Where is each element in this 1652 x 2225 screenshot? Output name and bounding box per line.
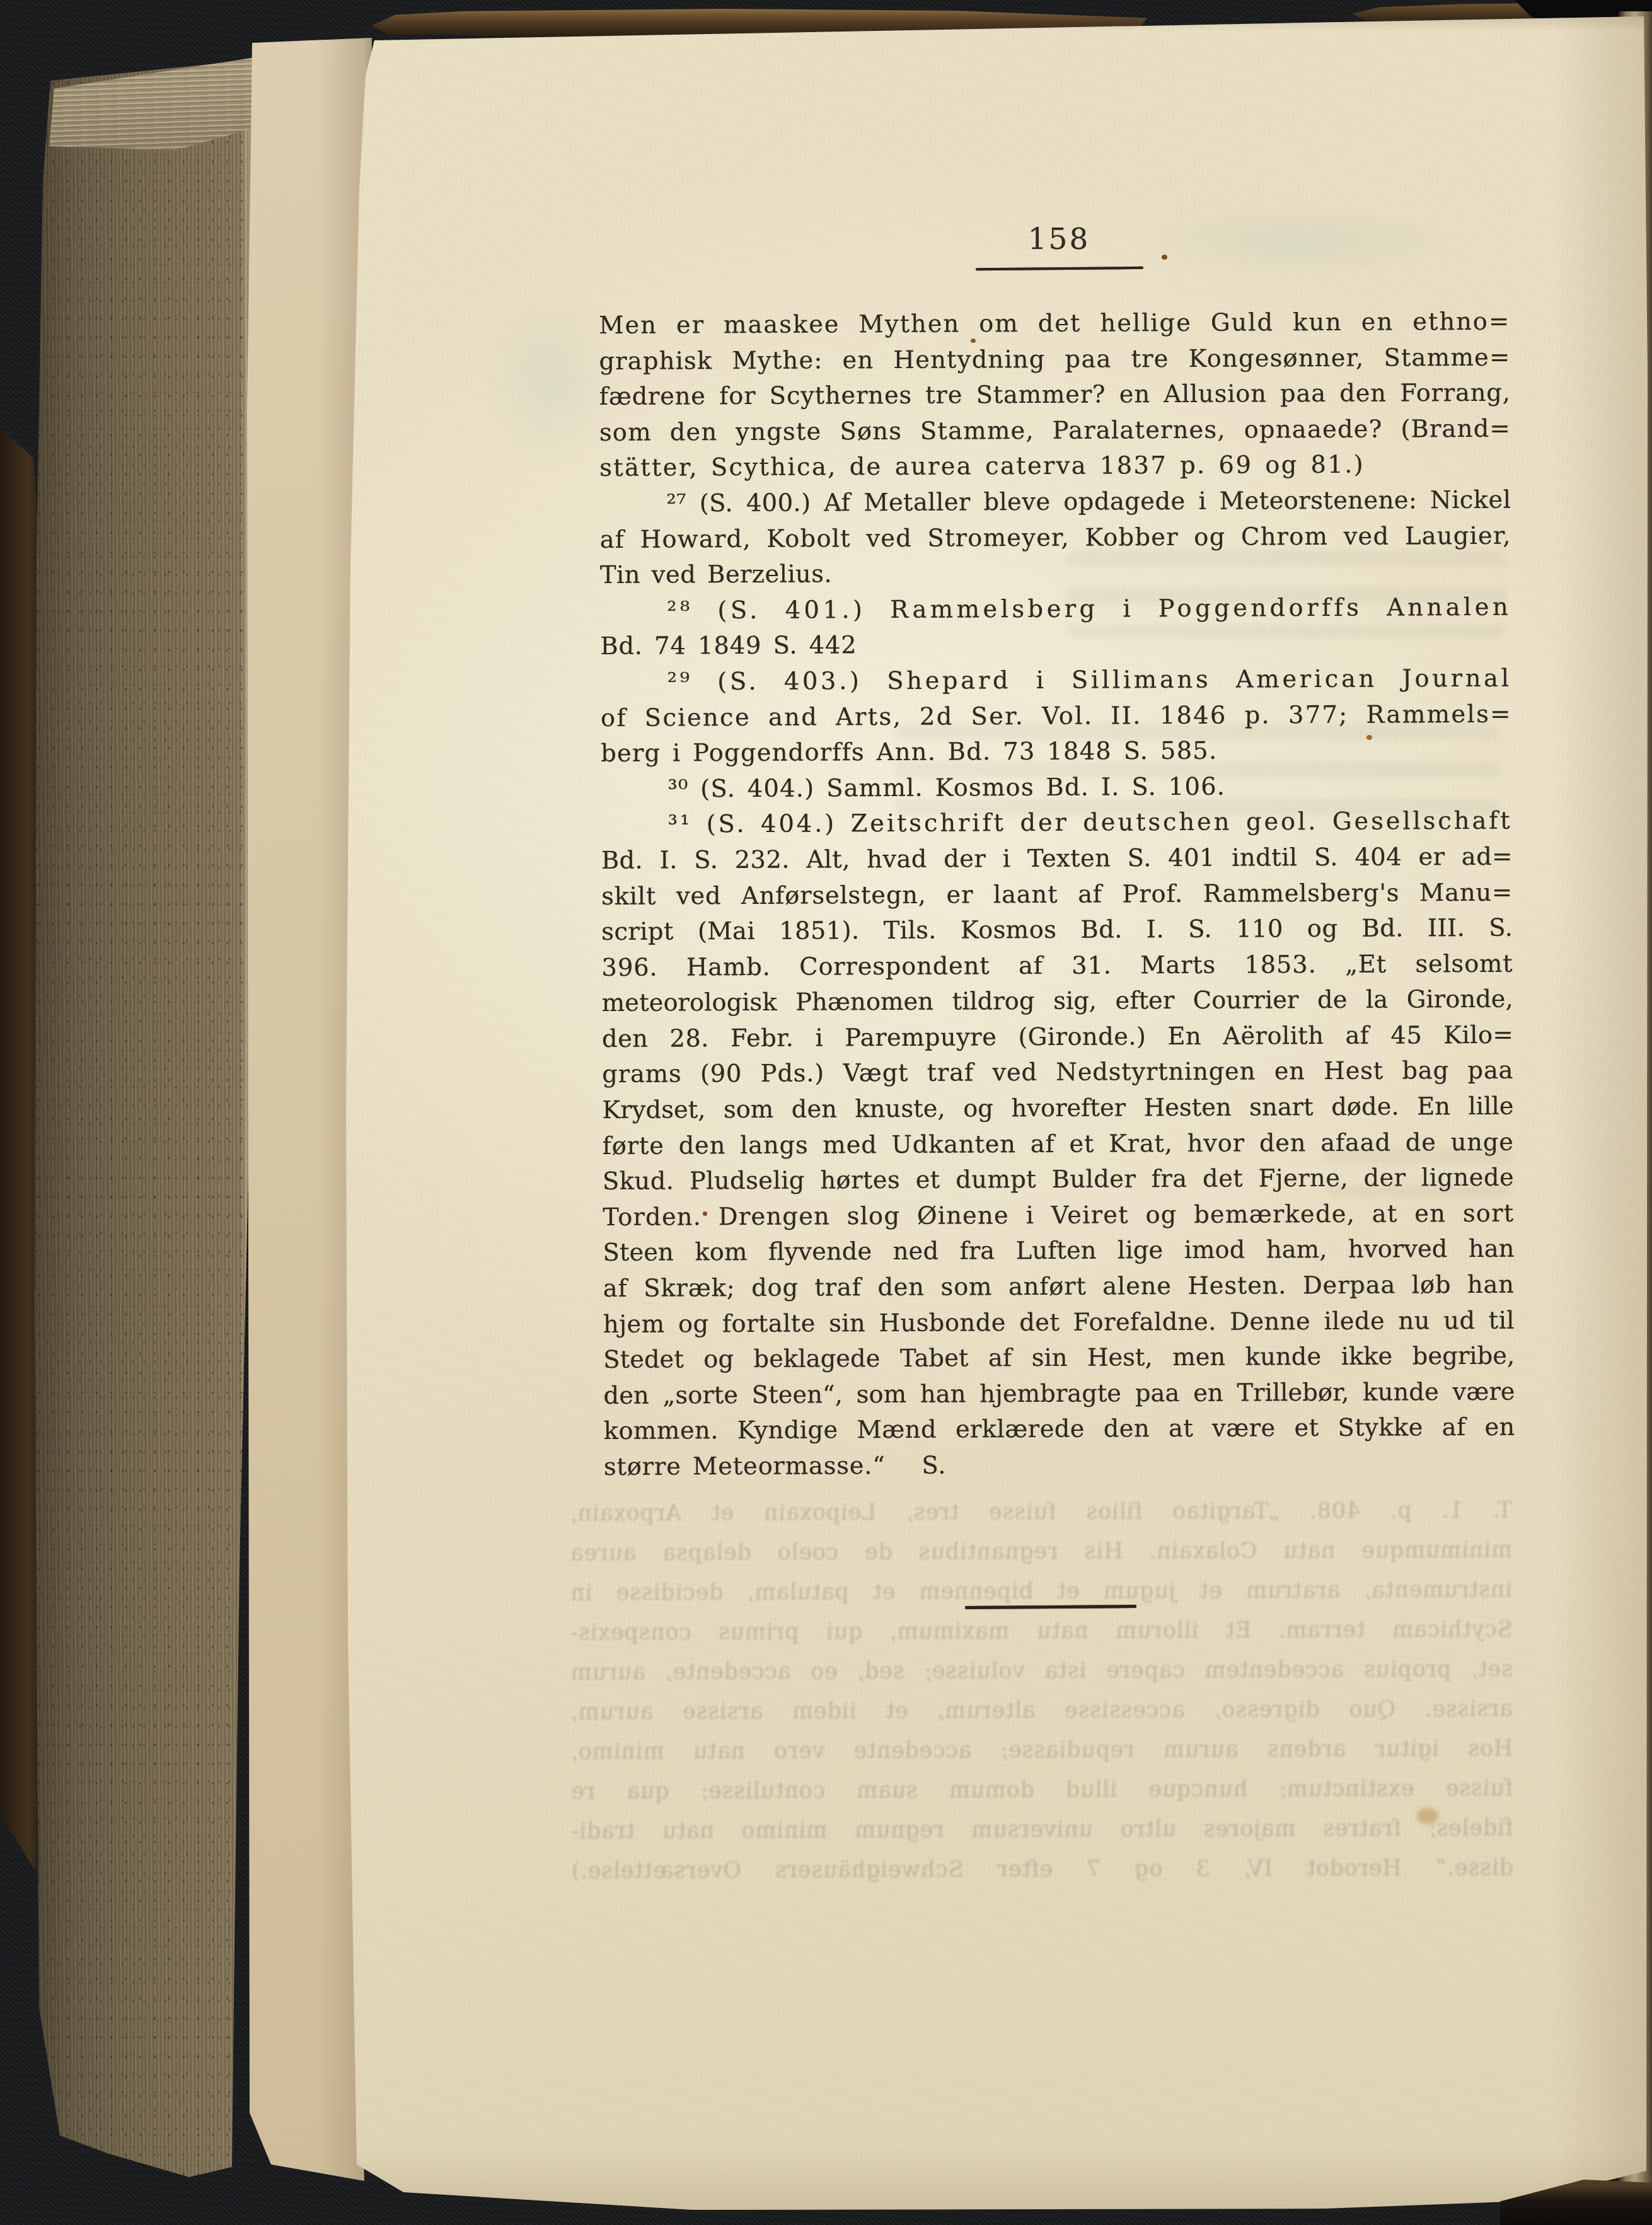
text-line: grams (90 Pds.) Vægt traf ved Nedstyrtni… <box>602 1053 1513 1093</box>
text-line: skilt ved Anførselstegn, er laant af Pro… <box>601 875 1513 915</box>
paper-stain <box>1135 208 1462 274</box>
show-through-line: minimumque natu Colaxain. His regnantibu… <box>570 1530 1512 1573</box>
text-line: Torden. Drengen slog Øinene i Veiret og … <box>603 1196 1514 1236</box>
paper-speck <box>1366 735 1372 740</box>
body-text: Men er maaskee Mythen om det hellige Gul… <box>599 304 1515 1486</box>
show-through-line: T. 1. p. 408. „Targitao filios fuisse tr… <box>570 1491 1512 1534</box>
text-line: større Meteormasse.“ S. <box>604 1446 1515 1486</box>
text-line: som den yngste Søns Stamme, Paralaternes… <box>599 411 1511 451</box>
text-line: berg i Poggendorffs Ann. Bd. 73 1848 S. … <box>601 732 1512 772</box>
text-line: stätter, Scythica, de aurea caterva 1837… <box>599 447 1511 487</box>
text-line: graphisk Mythe: en Hentydning paa tre Ko… <box>599 340 1510 379</box>
text-line: Krydset, som den knuste, og hvorefter He… <box>602 1089 1513 1129</box>
text-line: Skud. Pludselig hørtes et dumpt Bulder f… <box>603 1160 1514 1200</box>
text-line: af Skræk; dog traf den som anført alene … <box>603 1268 1515 1307</box>
text-line: Bd. 74 1849 S. 442 <box>600 625 1511 665</box>
text-line: of Science and Arts, 2d Ser. Vol. II. 18… <box>601 696 1512 736</box>
show-through-line: Hos igitur ardens aurum repudiasse; acce… <box>570 1729 1513 1772</box>
show-through-line: disse.“ Herodot IV, 3 og 7 efter Schweig… <box>571 1848 1513 1891</box>
text-line: førte den langs med Udkanten af et Krat,… <box>603 1124 1514 1164</box>
text-line: Tin ved Berzelius. <box>600 554 1511 594</box>
text-line: Men er maaskee Mythen om det hellige Gul… <box>599 304 1510 344</box>
text-line: ²⁷ (S. 400.) Af Metaller bleve opdagede … <box>599 483 1511 523</box>
text-line: ³⁰ (S. 404.) Samml. Kosmos Bd. I. S. 106… <box>601 768 1512 807</box>
paper-speck <box>1162 255 1167 260</box>
text-line: hjem og fortalte sin Husbonde det Forefa… <box>603 1303 1515 1343</box>
text-line: af Howard, Kobolt ved Stromeyer, Kobber … <box>599 518 1511 558</box>
text-line: ²⁹ (S. 403.) Shepard i Sillimans America… <box>600 661 1511 701</box>
page-number: 158 <box>1008 222 1109 257</box>
text-line: script (Mai 1851). Tils. Kosmos Bd. I. S… <box>601 911 1513 951</box>
show-through-text: T. 1. p. 408. „Targitao filios fuisse tr… <box>570 1491 1513 1891</box>
show-through-line: fideles; fratres majores ultro universum… <box>571 1808 1513 1851</box>
text-line: Steen kom flyvende ned fra Luften lige i… <box>603 1232 1514 1271</box>
book-photo: T. 1. p. 408. „Targitao filios fuisse tr… <box>0 0 1652 2225</box>
text-line: Stedet og beklagede Tabet af sin Hest, m… <box>603 1339 1515 1378</box>
text-line: ³¹ (S. 404.) Zeitschrift der deutschen g… <box>601 804 1512 843</box>
text-line: meteorologisk Phænomen tildrog sig, efte… <box>602 982 1513 1022</box>
text-line: kommen. Kyndige Mænd erklærede den at væ… <box>604 1410 1515 1450</box>
text-line: den 28. Febr. i Parempuyre (Gironde.) En… <box>602 1018 1513 1058</box>
text-line: fædrene for Scythernes tre Stammer? en A… <box>599 376 1510 415</box>
show-through-line: Scythicam terram. Et illorum natu maximu… <box>570 1610 1513 1653</box>
show-through-line: fuisse exstinctum; huncque illud domum s… <box>570 1769 1513 1812</box>
paper-stain <box>1417 1808 1438 1824</box>
paper-speck <box>703 1211 707 1216</box>
text-line: den „sorte Steen“, som han hjembragte pa… <box>603 1374 1515 1414</box>
show-through-line: arsisse. Quo digresso, accessisse alteru… <box>570 1689 1513 1732</box>
text-line: 396. Hamb. Correspondent af 31. Marts 18… <box>601 946 1513 986</box>
paper-speck <box>971 338 976 343</box>
show-through-line: set, propius accedentem capere ista volu… <box>570 1650 1513 1692</box>
text-line: Bd. I. S. 232. Alt, hvad der i Texten S.… <box>601 840 1513 879</box>
paper-stain <box>483 295 615 465</box>
text-line: ²⁸ (S. 401.) Rammelsberg i Poggendorffs … <box>600 589 1511 629</box>
